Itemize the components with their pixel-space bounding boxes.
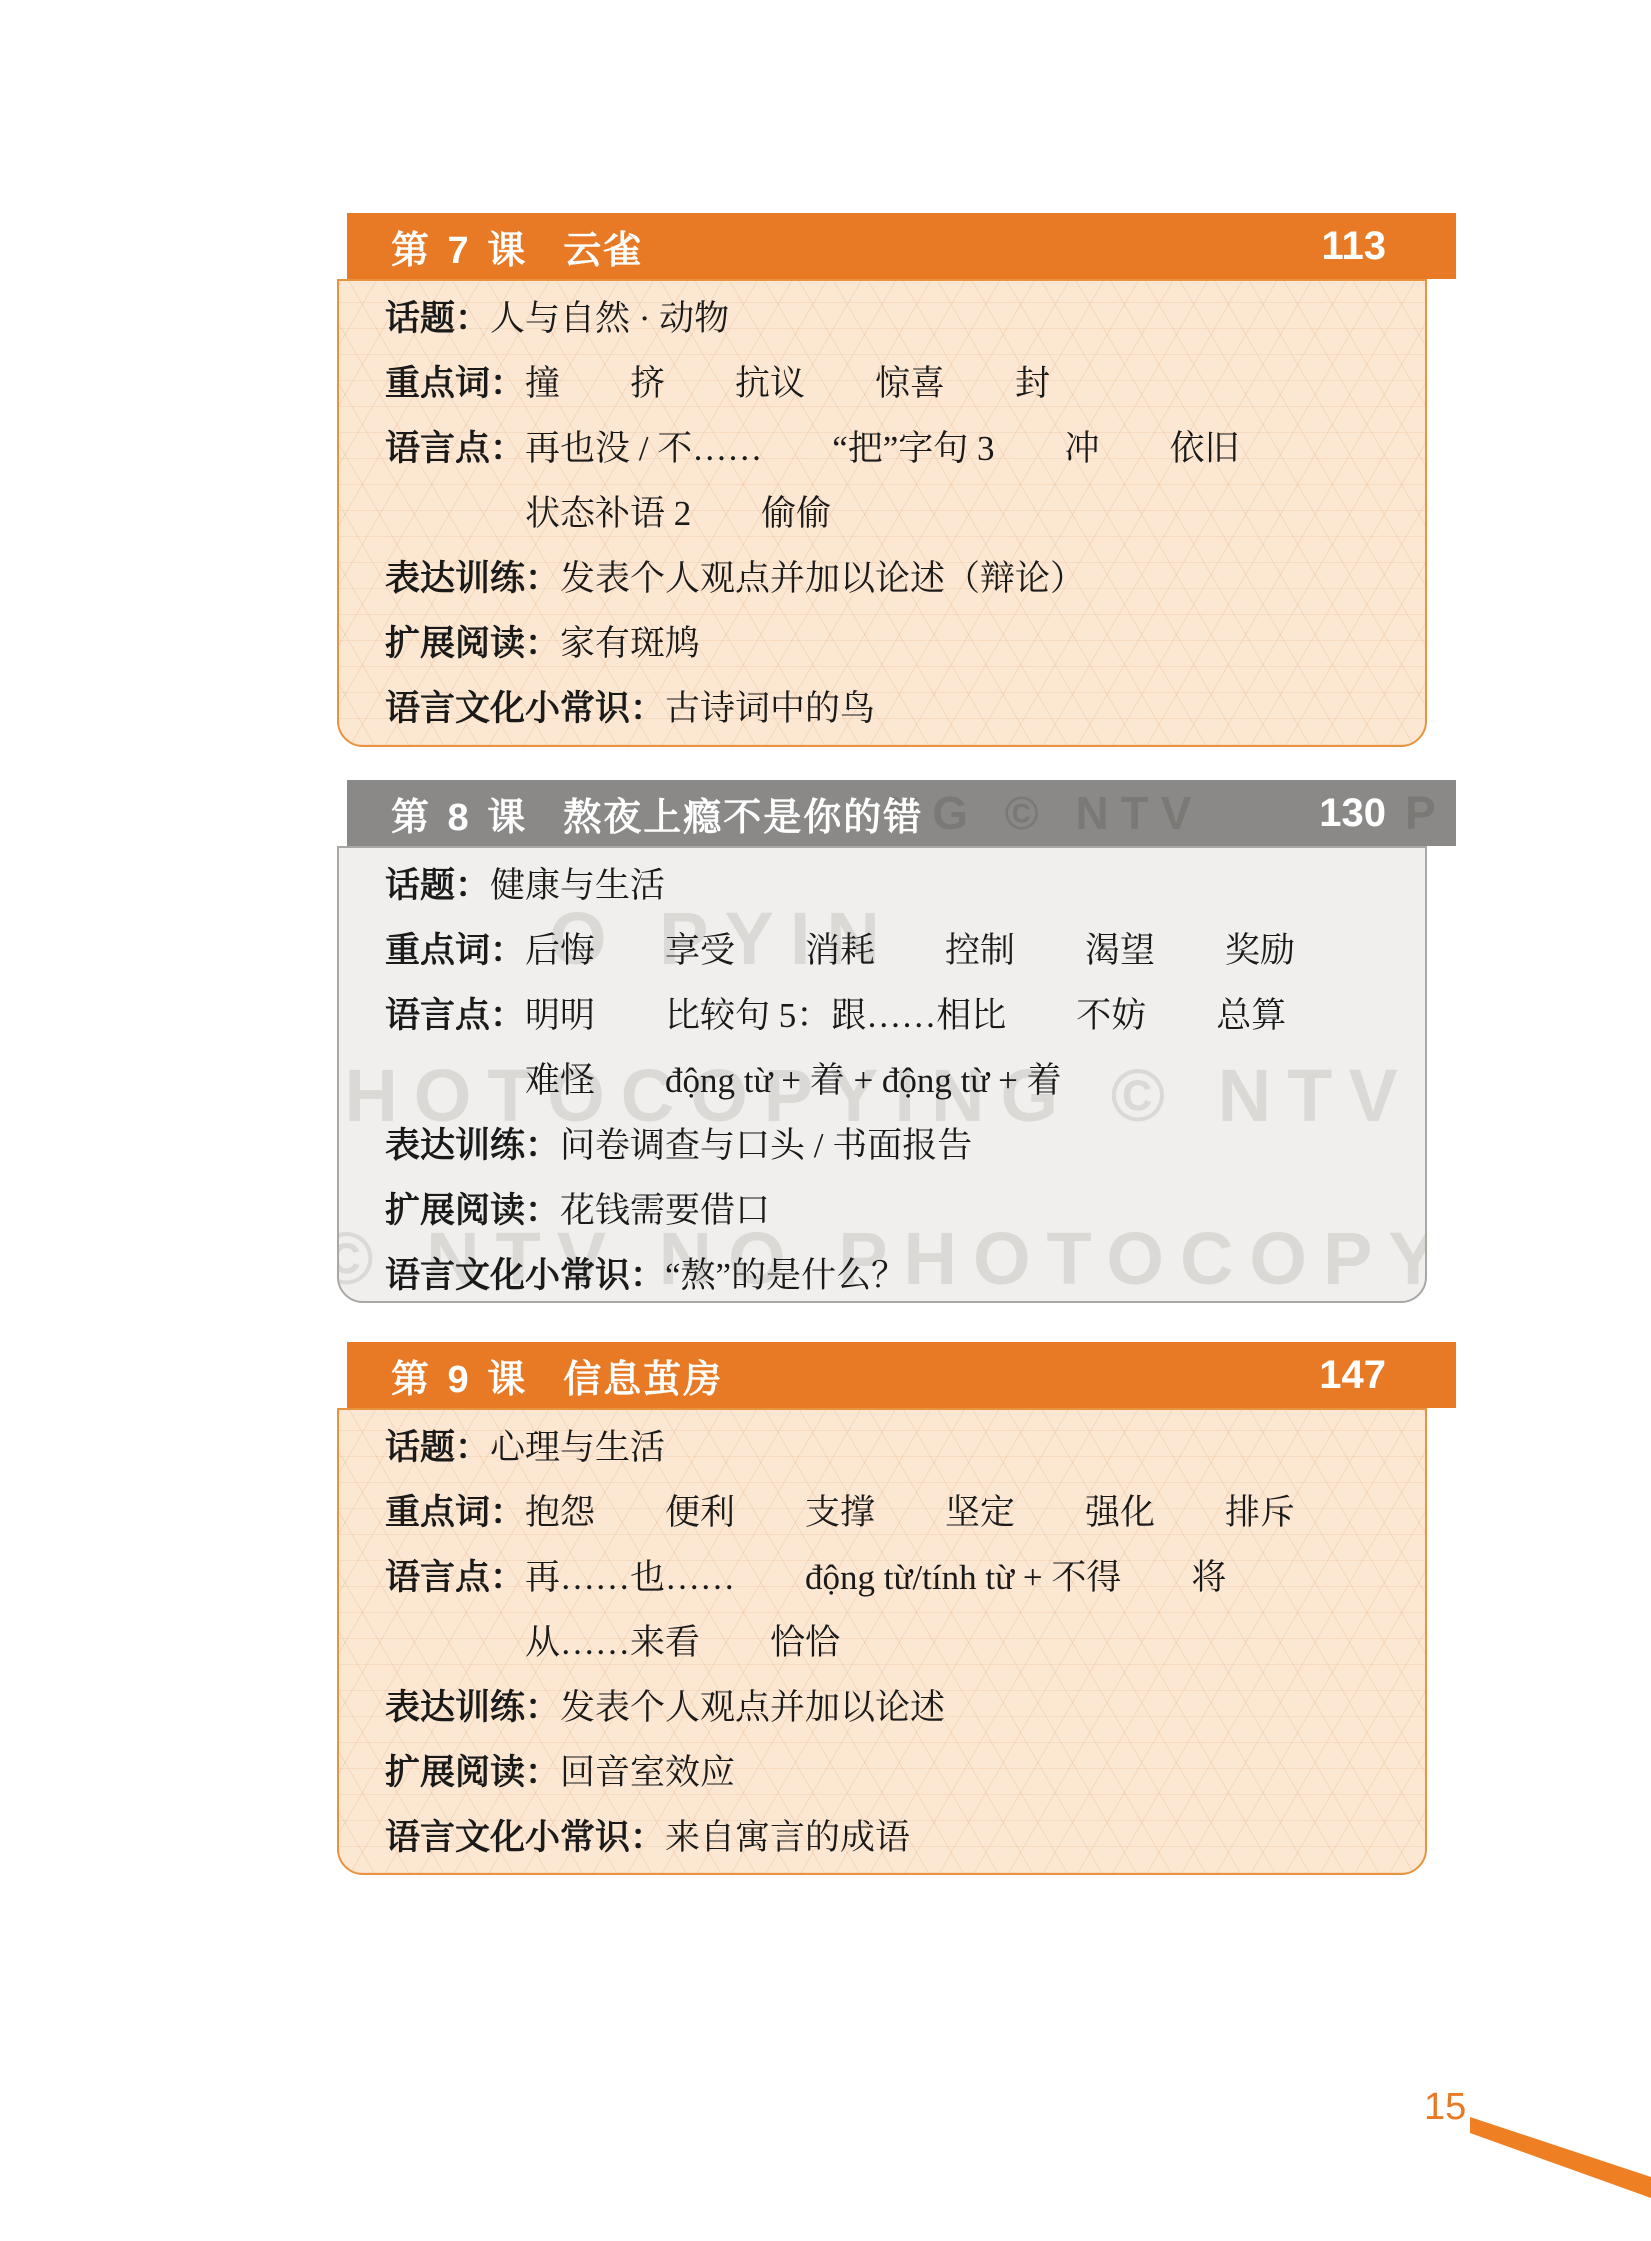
culture-value: 来自寓言的成语 [665, 1805, 910, 1870]
lesson-title: 云雀 [563, 219, 643, 274]
keywords-value: 后悔 享受 消耗 控制 渴望 奖励 [525, 918, 1295, 983]
keywords-row: 重点词： 撞 挤 抗议 惊喜 封 [385, 351, 1401, 416]
keywords-value: 撞 挤 抗议 惊喜 封 [525, 351, 1050, 416]
expression-label: 表达训练： [385, 1113, 560, 1178]
language-points-line-2: 难怪 động từ + 着 + động từ + 着 [525, 1048, 1286, 1113]
keywords-row: 重点词： 抱怨 便利 支撑 坚定 强化 排斥 [385, 1480, 1401, 1545]
keywords-label: 重点词： [385, 351, 525, 416]
reading-value: 花钱需要借口 [560, 1178, 770, 1243]
lesson-title: 熬夜上瘾不是你的错 [563, 786, 923, 841]
culture-label: 语言文化小常识： [385, 676, 665, 741]
footer-corner-swoosh [1460, 2110, 1651, 2202]
reading-row: 扩展阅读： 回音室效应 [385, 1740, 1401, 1805]
language-points-row: 语言点： 再……也…… động từ/tính từ + 不得 将 从……来看… [385, 1545, 1401, 1675]
culture-label: 语言文化小常识： [385, 1243, 665, 1303]
keywords-value: 抱怨 便利 支撑 坚定 强化 排斥 [525, 1480, 1295, 1545]
language-points-row: 语言点： 再也没 / 不…… “把”字句 3 冲 依旧 状态补语 2 偷偷 [385, 416, 1401, 546]
topic-row: 话题： 人与自然 · 动物 [385, 286, 1401, 351]
culture-value: “熬”的是什么？ [665, 1243, 906, 1303]
lesson-number: 第 8 课 [391, 786, 529, 841]
watermark-band-fragment-p: P [1405, 786, 1448, 840]
language-points-line-2: 从……来看 恰恰 [525, 1610, 1226, 1675]
watermark-band-fragment: NG © NTV [887, 786, 1203, 840]
language-points-value: 再……也…… động từ/tính từ + 不得 将 从……来看 恰恰 [525, 1545, 1226, 1675]
keywords-label: 重点词： [385, 1480, 525, 1545]
lesson-number: 第 7 课 [391, 219, 529, 274]
expression-row: 表达训练： 发表个人观点并加以论述 [385, 1675, 1401, 1740]
culture-row: 语言文化小常识： 来自寓言的成语 [385, 1805, 1401, 1870]
lesson-page-number: 147 [1319, 1353, 1386, 1398]
expression-value: 发表个人观点并加以论述（辩论） [560, 546, 1085, 611]
language-points-label: 语言点： [385, 983, 525, 1113]
culture-row: 语言文化小常识： 古诗词中的鸟 [385, 676, 1401, 741]
language-points-line-1: 明明 比较句 5：跟……相比 不妨 总算 [525, 983, 1286, 1048]
culture-label: 语言文化小常识： [385, 1805, 665, 1870]
language-points-label: 语言点： [385, 1545, 525, 1675]
lesson-title: 信息茧房 [563, 1348, 723, 1403]
reading-label: 扩展阅读： [385, 1178, 560, 1243]
reading-value: 回音室效应 [560, 1740, 735, 1805]
expression-row: 表达训练： 发表个人观点并加以论述（辩论） [385, 546, 1401, 611]
lesson-7-header-band: 第 7 课 云雀 113 [347, 213, 1456, 279]
lesson-page-number: 130 [1319, 791, 1386, 836]
topic-label: 话题： [385, 1415, 490, 1480]
language-points-value: 再也没 / 不…… “把”字句 3 冲 依旧 状态补语 2 偷偷 [525, 416, 1240, 546]
reading-row: 扩展阅读： 花钱需要借口 [385, 1178, 1401, 1243]
reading-label: 扩展阅读： [385, 611, 560, 676]
language-points-line-2: 状态补语 2 偷偷 [525, 481, 1240, 546]
expression-value: 问卷调查与口头 / 书面报告 [560, 1113, 972, 1178]
lesson-page-number: 113 [1321, 224, 1386, 269]
topic-row: 话题： 健康与生活 [385, 853, 1401, 918]
lesson-8-body: O PYIN PHOTOCOPYING © NTV N © NTV NO PHO… [337, 846, 1427, 1303]
culture-row: 语言文化小常识： “熬”的是什么？ [385, 1243, 1401, 1303]
language-points-line-1: 再……也…… động từ/tính từ + 不得 将 [525, 1545, 1226, 1610]
topic-value: 心理与生活 [490, 1415, 665, 1480]
topic-row: 话题： 心理与生活 [385, 1415, 1401, 1480]
lesson-7-body: 话题： 人与自然 · 动物 重点词： 撞 挤 抗议 惊喜 封 语言点： 再也没 … [337, 279, 1427, 747]
lesson-8-header-band: NG © NTV P 第 8 课 熬夜上瘾不是你的错 130 [347, 780, 1456, 846]
topic-value: 健康与生活 [490, 853, 665, 918]
reading-value: 家有斑鸠 [560, 611, 700, 676]
keywords-row: 重点词： 后悔 享受 消耗 控制 渴望 奖励 [385, 918, 1401, 983]
language-points-row: 语言点： 明明 比较句 5：跟……相比 不妨 总算 难怪 động từ + 着… [385, 983, 1401, 1113]
lesson-9-header-band: 第 9 课 信息茧房 147 [347, 1342, 1456, 1408]
lesson-9-body: 话题： 心理与生活 重点词： 抱怨 便利 支撑 坚定 强化 排斥 语言点： 再…… [337, 1408, 1427, 1875]
topic-label: 话题： [385, 286, 490, 351]
language-points-line-1: 再也没 / 不…… “把”字句 3 冲 依旧 [525, 416, 1240, 481]
language-points-value: 明明 比较句 5：跟……相比 不妨 总算 难怪 động từ + 着 + độ… [525, 983, 1286, 1113]
expression-label: 表达训练： [385, 546, 560, 611]
language-points-label: 语言点： [385, 416, 525, 546]
book-page: { "colors": { "accent_orange": "#E87A25"… [0, 0, 1651, 2241]
topic-label: 话题： [385, 853, 490, 918]
reading-label: 扩展阅读： [385, 1740, 560, 1805]
expression-row: 表达训练： 问卷调查与口头 / 书面报告 [385, 1113, 1401, 1178]
culture-value: 古诗词中的鸟 [665, 676, 875, 741]
keywords-label: 重点词： [385, 918, 525, 983]
reading-row: 扩展阅读： 家有斑鸠 [385, 611, 1401, 676]
expression-value: 发表个人观点并加以论述 [560, 1675, 945, 1740]
topic-value: 人与自然 · 动物 [490, 286, 729, 351]
expression-label: 表达训练： [385, 1675, 560, 1740]
lesson-number: 第 9 课 [391, 1348, 529, 1403]
